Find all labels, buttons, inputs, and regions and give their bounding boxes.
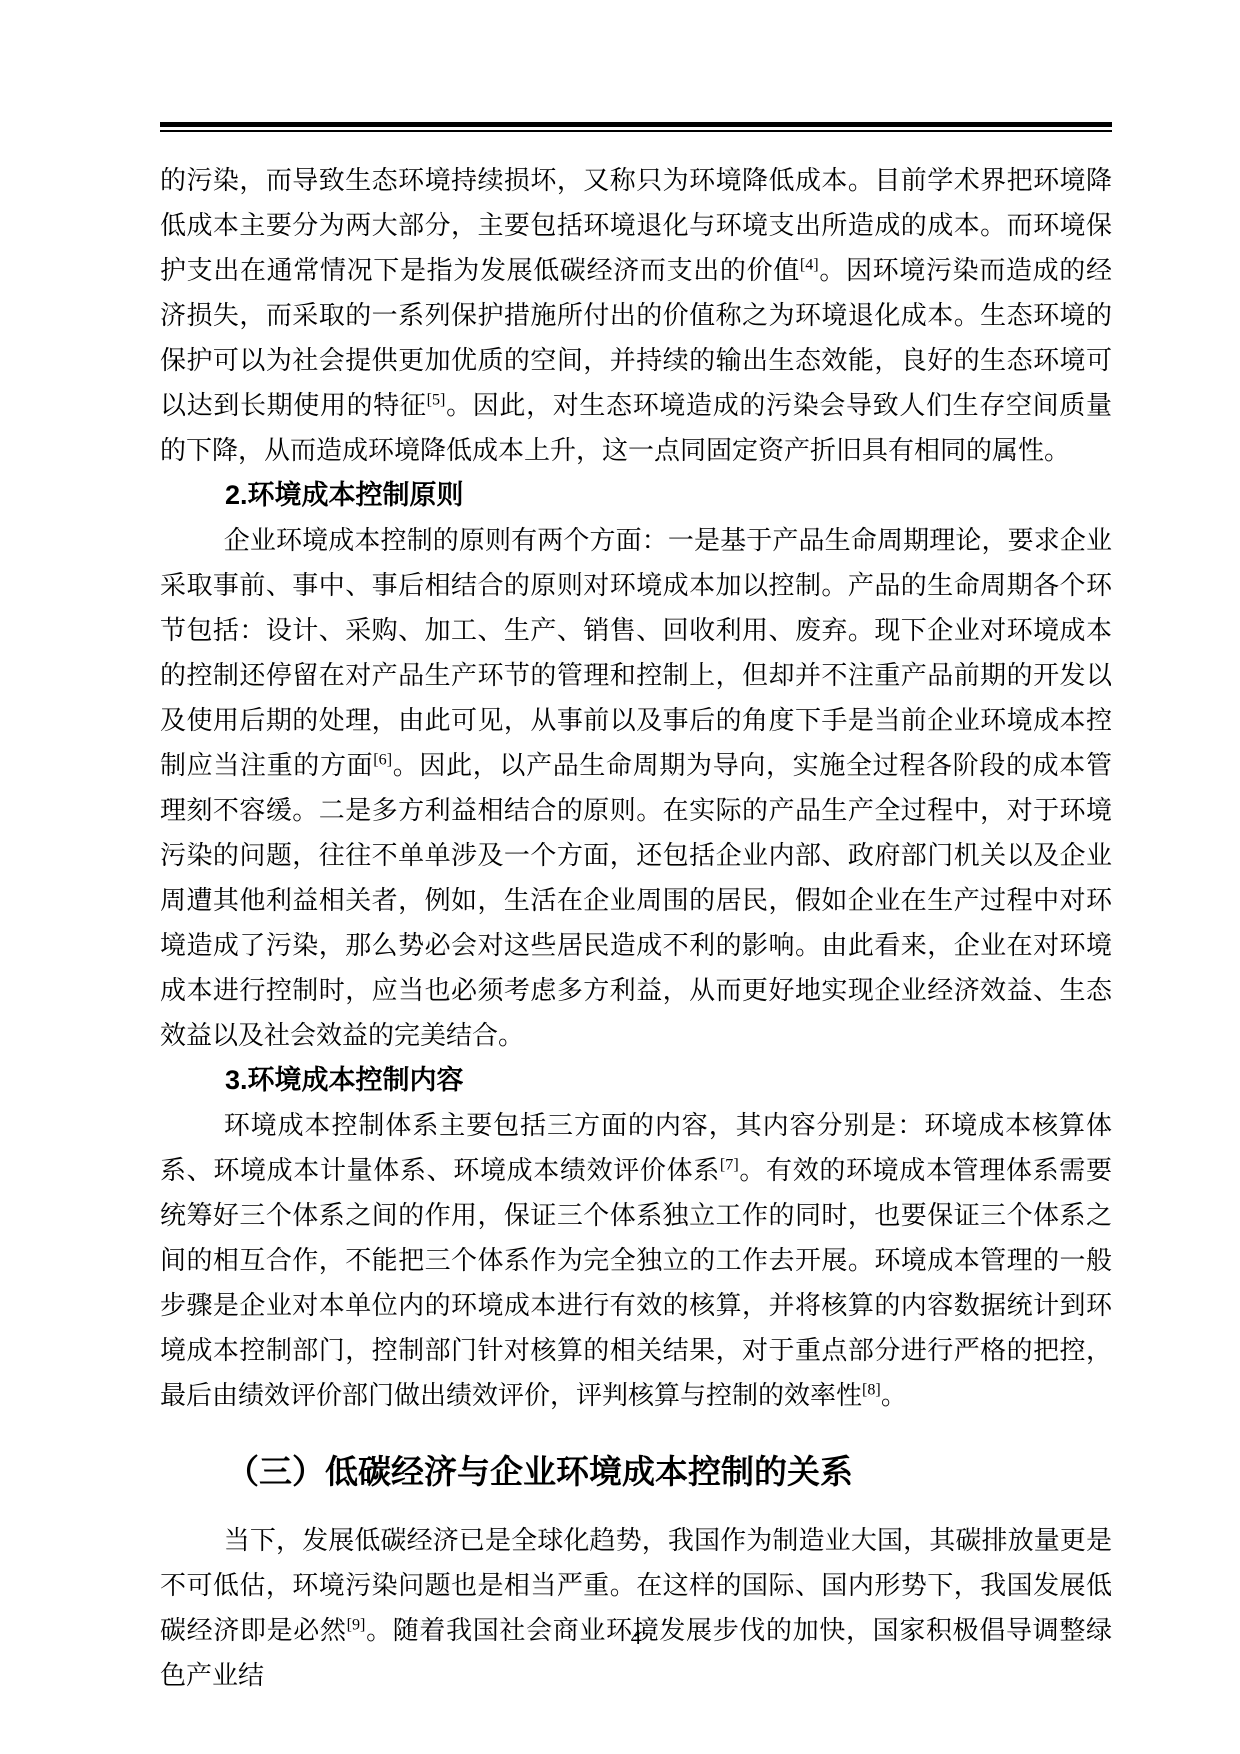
paragraph-text: 企业环境成本控制的原则有两个方面：一是基于产品生命周期理论，要求企业采取事前、事… (160, 526, 1112, 780)
citation-ref-8: [8] (862, 1381, 881, 1398)
paragraph-cost-control-principles: 企业环境成本控制的原则有两个方面：一是基于产品生命周期理论，要求企业采取事前、事… (160, 518, 1112, 1058)
citation-ref-7: [7] (720, 1156, 739, 1173)
header-rule (160, 122, 1112, 132)
citation-ref-6: [6] (373, 751, 392, 768)
document-body: 的污染，而导致生态环境持续损坏，又称只为环境降低成本。目前学术界把环境降低成本主… (160, 158, 1112, 1698)
section-heading-cost-control-content: 3.环境成本控制内容 (160, 1058, 1112, 1103)
section-heading-low-carbon-relationship: （三）低碳经济与企业环境成本控制的关系 (160, 1442, 1112, 1502)
document-page: 的污染，而导致生态环境持续损坏，又称只为环境降低成本。目前学术界把环境降低成本主… (0, 0, 1240, 1754)
header-rule-thin-line (160, 130, 1112, 132)
paragraph-text: 。 (881, 1381, 907, 1410)
paragraph-text: 。因此，以产品生命周期为导向，实施全过程各阶段的成本管理刻不容缓。二是多方利益相… (160, 751, 1112, 1050)
page-number: 4 (160, 1624, 1112, 1650)
citation-ref-4: [4] (800, 256, 819, 273)
paragraph-text: 。有效的环境成本管理体系需要统筹好三个体系之间的作用，保证三个体系独立工作的同时… (160, 1156, 1112, 1410)
section-heading-cost-control-principles: 2.环境成本控制原则 (160, 473, 1112, 518)
citation-ref-5: [5] (427, 391, 446, 408)
paragraph-environment-cost-definition: 的污染，而导致生态环境持续损坏，又称只为环境降低成本。目前学术界把环境降低成本主… (160, 158, 1112, 473)
paragraph-cost-control-content: 环境成本控制体系主要包括三方面的内容，其内容分别是：环境成本核算体系、环境成本计… (160, 1103, 1112, 1418)
header-rule-thick-line (160, 122, 1112, 127)
paragraph-low-carbon-trend: 当下，发展低碳经济已是全球化趋势，我国作为制造业大国，其碳排放量更是不可低估，环… (160, 1518, 1112, 1698)
